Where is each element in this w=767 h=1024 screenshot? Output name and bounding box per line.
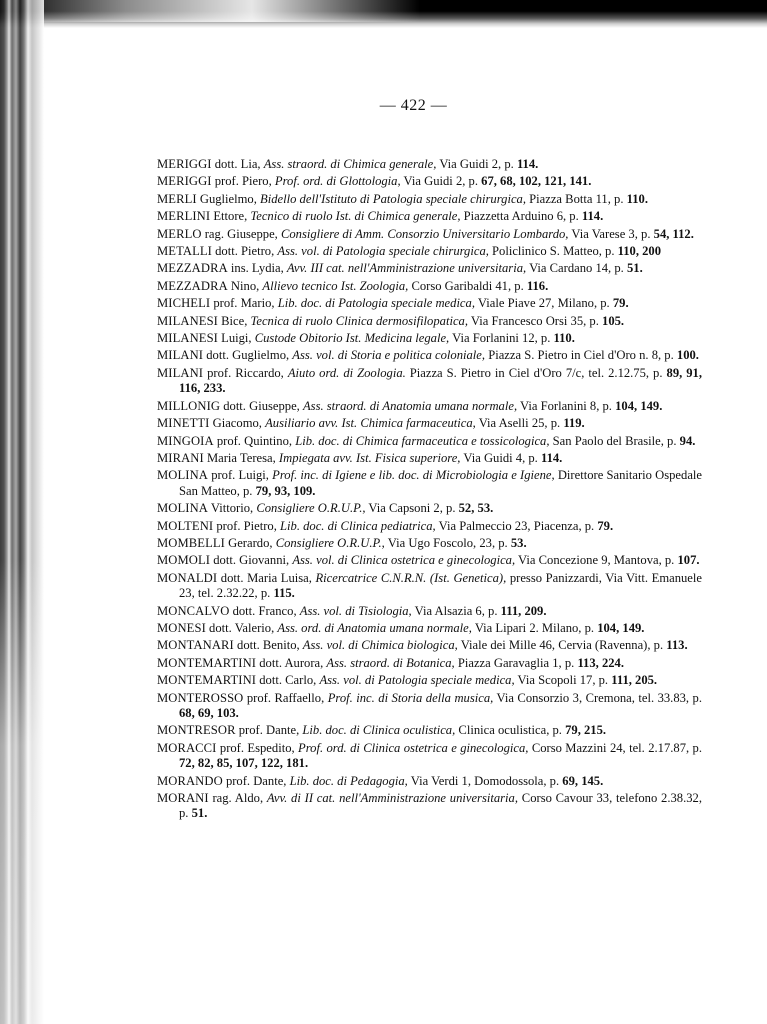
entry-role: Prof. inc. di Igiene e lib. doc. di Micr… [272, 468, 554, 482]
entry-pages: 69, 145. [562, 774, 603, 788]
entry-address: Via Guidi 2, p. [404, 174, 478, 188]
directory-entry: MEZZADRA ins. Lydia, Avv. III cat. nell'… [157, 261, 702, 276]
entry-pages: 79, 215. [565, 723, 606, 737]
entry-role: Impiegata avv. Ist. Fisica superiore, [279, 451, 461, 465]
entry-pages: 67, 68, 102, 121, 141. [481, 174, 591, 188]
directory-entry: MOLINA Vittorio, Consigliere O.R.U.P., V… [157, 501, 702, 516]
entry-address: Piazza S. Pietro in Ciel d'Oro 7/c, tel.… [410, 366, 663, 380]
directory-entry: MERIGGI prof. Piero, Prof. ord. di Glott… [157, 174, 702, 189]
entry-role: Ass. straord. di Botanica, [326, 656, 454, 670]
directory-entry: MONTEMARTINI dott. Carlo, Ass. vol. di P… [157, 673, 702, 688]
entry-name: dott. Maria Luisa, [221, 571, 312, 585]
entry-name: prof. Quintino, [217, 434, 292, 448]
entry-role: Ass. vol. di Chimica biologica, [303, 638, 458, 652]
entry-address: Viale Piave 27, Milano, p. [478, 296, 610, 310]
entry-pages: 68, 69, 103. [179, 706, 239, 720]
entry-address: Piazza S. Pietro in Ciel d'Oro n. 8, p. [488, 348, 674, 362]
entry-address: Via Lipari 2. Milano, p. [475, 621, 594, 635]
entry-address: Via Scopoli 17, p. [518, 673, 609, 687]
entry-surname: MONCALVO [157, 604, 229, 618]
entry-pages: 51. [192, 806, 208, 820]
entry-name: rag. Giuseppe, [205, 227, 278, 241]
entry-role: Tecnico di ruolo Ist. di Chimica general… [250, 209, 460, 223]
entry-name: dott. Lia, [215, 157, 261, 171]
directory-entry: MERLO rag. Giuseppe, Consigliere di Amm.… [157, 227, 702, 242]
entry-role: Ass. ord. di Anatomia umana normale, [277, 621, 472, 635]
entry-address: Via Forlanini 8, p. [520, 399, 612, 413]
entry-address: Corso Mazzini 24, tel. 2.17.87, p. [532, 741, 702, 755]
page-number: — 422 — [0, 97, 767, 115]
entry-role: Ricercatrice C.N.R.N. (Ist. Genetica), [315, 571, 506, 585]
entry-name: dott. Benito, [237, 638, 300, 652]
directory-entry: MILANESI Bice, Tecnica di ruolo Clinica … [157, 314, 702, 329]
entry-address: Via Capsoni 2, p. [368, 501, 455, 515]
directory-entry: MERLINI Ettore, Tecnico di ruolo Ist. di… [157, 209, 702, 224]
entry-role: Bidello dell'Istituto di Patologia speci… [260, 192, 526, 206]
entry-name: prof. Mario, [213, 296, 274, 310]
entry-name: Bice, [221, 314, 247, 328]
entry-pages: 52, 53. [459, 501, 494, 515]
entry-surname: MEZZADRA [157, 279, 228, 293]
directory-entry: MOMBELLI Gerardo, Consigliere O.R.U.P., … [157, 536, 702, 551]
entry-role: Prof. inc. di Storia della musica, [328, 691, 494, 705]
entry-name: Gerardo, [228, 536, 272, 550]
entry-address: San Paolo del Brasile, p. [553, 434, 677, 448]
entry-surname: MORANI [157, 791, 209, 805]
directory-entry: MERLI Guglielmo, Bidello dell'Istituto d… [157, 192, 702, 207]
entry-name: dott. Giuseppe, [223, 399, 300, 413]
entry-address: Via Ugo Foscolo, 23, p. [388, 536, 508, 550]
entry-role: Ass. vol. di Patologia speciale medica, [319, 673, 514, 687]
entry-surname: MILLONIG [157, 399, 220, 413]
entry-pages: 79, 93, 109. [256, 484, 316, 498]
entry-surname: MINETTI [157, 416, 209, 430]
entry-role: Prof. ord. di Clinica ostetrica e gineco… [298, 741, 528, 755]
entry-name: dott. Franco, [233, 604, 297, 618]
entry-surname: MERLO [157, 227, 202, 241]
entry-role: Ass. vol. di Clinica ostetrica e ginecol… [292, 553, 515, 567]
entry-name: dott. Pietro, [215, 244, 274, 258]
entry-name: dott. Carlo, [259, 673, 316, 687]
scan-shadow-top-fade [0, 0, 420, 22]
entry-name: prof. Luigi, [211, 468, 269, 482]
entry-address: Via Verdi 1, Domodossola, p. [411, 774, 559, 788]
entry-pages: 104, 149. [615, 399, 662, 413]
entry-pages: 114. [517, 157, 538, 171]
entry-address: Via Varese 3, p. [571, 227, 650, 241]
entry-address: Via Francesco Orsi 35, p. [471, 314, 599, 328]
directory-entry: MONTANARI dott. Benito, Ass. vol. di Chi… [157, 638, 702, 653]
entry-surname: MOMBELLI [157, 536, 225, 550]
entry-pages: 53. [511, 536, 527, 550]
entry-pages: 110. [554, 331, 575, 345]
entry-surname: MOLTENI [157, 519, 213, 533]
entry-pages: 51. [627, 261, 643, 275]
entry-name: Giacomo, [213, 416, 262, 430]
directory-entry: MONTEROSSO prof. Raffaello, Prof. inc. d… [157, 691, 702, 722]
directory-entry: MEZZADRA Nino, Allievo tecnico Ist. Zool… [157, 279, 702, 294]
entry-pages: 94. [680, 434, 696, 448]
entry-pages: 110, 200 [618, 244, 661, 258]
entry-pages: 114. [541, 451, 562, 465]
entry-name: Nino, [231, 279, 259, 293]
entry-name: dott. Aurora, [259, 656, 323, 670]
directory-entry: MONALDI dott. Maria Luisa, Ricercatrice … [157, 571, 702, 602]
directory-entry: MONTEMARTINI dott. Aurora, Ass. straord.… [157, 656, 702, 671]
entry-address: Via Guidi 4, p. [463, 451, 537, 465]
entry-pages: 116. [527, 279, 548, 293]
directory-entry: MOMOLI dott. Giovanni, Ass. vol. di Clin… [157, 553, 702, 568]
entry-surname: MEZZADRA [157, 261, 228, 275]
entry-address: Via Alsazia 6, p. [415, 604, 498, 618]
directory-entry: MILANI dott. Guglielmo, Ass. vol. di Sto… [157, 348, 702, 363]
entry-address: Via Concezione 9, Mantova, p. [518, 553, 674, 567]
entry-role: Ass. vol. di Storia e politica coloniale… [292, 348, 485, 362]
entry-pages: 114. [582, 209, 603, 223]
entry-pages: 111, 205. [611, 673, 657, 687]
entry-address: Via Guidi 2, p. [439, 157, 513, 171]
entry-role: Lib. doc. di Chimica farmaceutica e toss… [295, 434, 549, 448]
entry-pages: 79. [597, 519, 613, 533]
entry-pages: 105. [602, 314, 624, 328]
entry-address: Via Palmeccio 23, Piacenza, p. [439, 519, 595, 533]
entry-pages: 100. [677, 348, 699, 362]
entry-role: Avv. di II cat. nell'Amministrazione uni… [267, 791, 518, 805]
entry-surname: METALLI [157, 244, 212, 258]
entry-name: dott. Guglielmo, [206, 348, 289, 362]
entry-name: Guglielmo, [200, 192, 257, 206]
entry-surname: MORANDO [157, 774, 223, 788]
entry-name: Vittorio, [211, 501, 253, 515]
entry-surname: MIRANI [157, 451, 204, 465]
entry-surname: MILANI [157, 348, 203, 362]
entry-pages: 110. [627, 192, 648, 206]
entry-role: Tecnica di ruolo Clinica dermosifilopati… [251, 314, 468, 328]
entry-name: Maria Teresa, [207, 451, 276, 465]
entry-role: Aiuto ord. di Zoologia. [288, 366, 406, 380]
directory-entry: MOLTENI prof. Pietro, Lib. doc. di Clini… [157, 519, 702, 534]
entry-address: Piazzetta Arduino 6, p. [464, 209, 579, 223]
entry-role: Ausiliario avv. Ist. Chimica farmaceutic… [265, 416, 476, 430]
entry-surname: MINGOIA [157, 434, 214, 448]
entry-surname: MOMOLI [157, 553, 210, 567]
entry-role: Avv. III cat. nell'Amministrazione unive… [287, 261, 526, 275]
entry-pages: 113. [666, 638, 687, 652]
directory-entry: MILANESI Luigi, Custode Obitorio Ist. Me… [157, 331, 702, 346]
entry-role: Ass. vol. di Patologia speciale chirurgi… [277, 244, 489, 258]
directory-entry: MILANI prof. Riccardo, Aiuto ord. di Zoo… [157, 366, 702, 397]
entry-role: Lib. doc. di Clinica oculistica, [302, 723, 455, 737]
directory-entry: MIRANI Maria Teresa, Impiegata avv. Ist.… [157, 451, 702, 466]
entry-surname: MERIGGI [157, 157, 212, 171]
entry-role: Consigliere di Amm. Consorzio Universita… [281, 227, 568, 241]
entry-surname: MONALDI [157, 571, 217, 585]
entry-name: prof. Dante, [226, 774, 287, 788]
entry-name: prof. Pietro, [216, 519, 277, 533]
directory-entry: MORANDO prof. Dante, Lib. doc. di Pedago… [157, 774, 702, 789]
entry-name: Ettore, [213, 209, 247, 223]
entry-name: prof. Espedito, [220, 741, 295, 755]
entry-surname: MICHELI [157, 296, 210, 310]
entry-role: Lib. doc. di Clinica pediatrica, [280, 519, 436, 533]
directory-entries: MERIGGI dott. Lia, Ass. straord. di Chim… [157, 157, 702, 824]
entry-pages: 104, 149. [597, 621, 644, 635]
entry-name: prof. Raffaello, [247, 691, 324, 705]
entry-address: Piazza Botta 11, p. [529, 192, 623, 206]
directory-entry: MOLINA prof. Luigi, Prof. inc. di Igiene… [157, 468, 702, 499]
entry-address: Via Consorzio 3, Cremona, tel. 33.83, p. [497, 691, 702, 705]
entry-surname: MONTEMARTINI [157, 673, 256, 687]
entry-surname: MONTRESOR [157, 723, 236, 737]
entry-pages: 115. [273, 586, 294, 600]
entry-surname: MONTEMARTINI [157, 656, 256, 670]
entry-role: Lib. doc. di Patologia speciale medica, [278, 296, 475, 310]
directory-entry: MINETTI Giacomo, Ausiliario avv. Ist. Ch… [157, 416, 702, 431]
entry-pages: 72, 82, 85, 107, 122, 181. [179, 756, 308, 770]
entry-name: rag. Aldo, [212, 791, 263, 805]
entry-role: Custode Obitorio Ist. Medicina legale, [255, 331, 449, 345]
entry-surname: MILANESI [157, 314, 218, 328]
entry-address: Via Aselli 25, p. [479, 416, 560, 430]
entry-pages: 107. [677, 553, 699, 567]
entry-surname: MOLINA [157, 468, 208, 482]
entry-role: Lib. doc. di Pedagogia, [290, 774, 408, 788]
entry-role: Ass. straord. di Chimica generale, [264, 157, 437, 171]
directory-entry: MINGOIA prof. Quintino, Lib. doc. di Chi… [157, 434, 702, 449]
entry-name: ins. Lydia, [231, 261, 284, 275]
entry-name: dott. Valerio, [209, 621, 274, 635]
entry-name: prof. Dante, [239, 723, 300, 737]
entry-surname: MONTANARI [157, 638, 234, 652]
entry-role: Consigliere O.R.U.P., [256, 501, 365, 515]
entry-surname: MORACCI [157, 741, 216, 755]
entry-name: dott. Giovanni, [213, 553, 289, 567]
entry-pages: 79. [613, 296, 629, 310]
entry-address: Clinica oculistica, p. [458, 723, 562, 737]
entry-address: Viale dei Mille 46, Cervia (Ravenna), p. [461, 638, 663, 652]
directory-entry: MORANI rag. Aldo, Avv. di II cat. nell'A… [157, 791, 702, 822]
entry-address: Via Cardano 14, p. [529, 261, 624, 275]
entry-pages: 113, 224. [577, 656, 624, 670]
directory-entry: MERIGGI dott. Lia, Ass. straord. di Chim… [157, 157, 702, 172]
entry-surname: MERIGGI [157, 174, 212, 188]
directory-entry: MICHELI prof. Mario, Lib. doc. di Patolo… [157, 296, 702, 311]
entry-surname: MONTEROSSO [157, 691, 243, 705]
entry-name: prof. Riccardo, [207, 366, 284, 380]
entry-name: Luigi, [221, 331, 251, 345]
entry-pages: 54, 112. [654, 227, 694, 241]
entry-address: Piazza Garavaglia 1, p. [458, 656, 574, 670]
directory-entry: MONESI dott. Valerio, Ass. ord. di Anato… [157, 621, 702, 636]
entry-address: Via Forlanini 12, p. [452, 331, 550, 345]
entry-surname: MERLI [157, 192, 197, 206]
entry-role: Allievo tecnico Ist. Zoologia, [262, 279, 408, 293]
entry-surname: MOLINA [157, 501, 208, 515]
entry-address: Policlinico S. Matteo, p. [492, 244, 614, 258]
directory-entry: MORACCI prof. Espedito, Prof. ord. di Cl… [157, 741, 702, 772]
entry-surname: MERLINI [157, 209, 210, 223]
entry-role: Consigliere O.R.U.P., [276, 536, 385, 550]
scan-binding-edge-fade [0, 560, 44, 1024]
entry-role: Prof. ord. di Glottologia, [275, 174, 401, 188]
entry-address: Corso Garibaldi 41, p. [411, 279, 523, 293]
entry-role: Ass. straord. di Anatomia umana normale, [303, 399, 517, 413]
entry-name: prof. Piero, [215, 174, 272, 188]
entry-pages: 111, 209. [501, 604, 547, 618]
directory-entry: MONTRESOR prof. Dante, Lib. doc. di Clin… [157, 723, 702, 738]
entry-role: Ass. vol. di Tisiologia, [300, 604, 412, 618]
directory-entry: MONCALVO dott. Franco, Ass. vol. di Tisi… [157, 604, 702, 619]
entry-surname: MONESI [157, 621, 206, 635]
entry-surname: MILANI [157, 366, 203, 380]
entry-surname: MILANESI [157, 331, 218, 345]
entry-pages: 119. [563, 416, 584, 430]
directory-entry: METALLI dott. Pietro, Ass. vol. di Patol… [157, 244, 702, 259]
directory-entry: MILLONIG dott. Giuseppe, Ass. straord. d… [157, 399, 702, 414]
